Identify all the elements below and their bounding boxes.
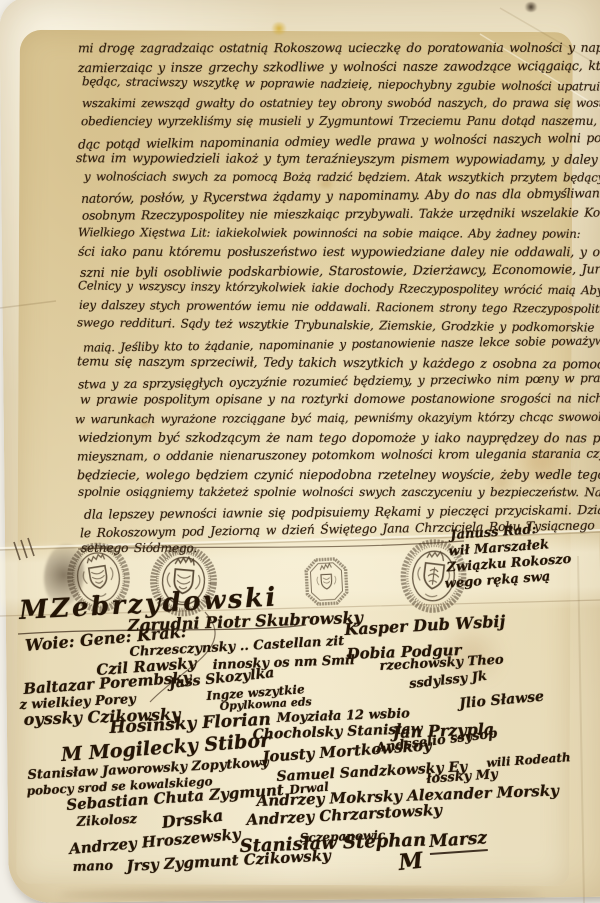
manuscript-line: ści iako panu któremu posłuszeństwo iest… (78, 244, 600, 259)
manuscript-line: mi drogę zagradzaiąc ostatnią Rokoszową … (78, 40, 600, 56)
manuscript-line: spolnie osiągniemy takżeteż spolnie woln… (78, 485, 600, 499)
signature: Zikolosz (76, 812, 137, 830)
manuscript-line: stwa im wypowiedzieli iakoż y tym teraźn… (76, 150, 600, 167)
signature: Marsz (428, 828, 487, 855)
scanned-manuscript: mi drogę zagradzaiąc ostatnią Rokoszową … (0, 0, 600, 903)
manuscript-line: Wielkiego Xięstwa Lit: iakiekolwiek powi… (78, 225, 580, 241)
manuscript-line: wszakimi zewsząd gwałty do ostatniey tey… (82, 95, 600, 109)
marshal-attestation: Januss Rad:wił MarszałekZwiązku Rokoszow… (450, 520, 573, 592)
manuscript-line: osobnym Rzeczypospolitey nie mieszkaiąc … (82, 205, 600, 222)
manuscript-line: wiedzionym być szkodzącym że nam tego do… (78, 429, 600, 445)
ink-seal-octagonal (302, 554, 352, 609)
manuscript-line: zamierzaiąc y insze grzechy szkodliwe y … (78, 57, 600, 74)
signature: mano (72, 859, 113, 875)
manuscript-line: y wolnościach swych za pomocą Bożą radzi… (84, 169, 600, 184)
manuscript-line: obedienciey wyrzekliśmy się musieli y Zy… (81, 114, 600, 128)
signature: M (397, 848, 424, 876)
manuscript-line: będziecie, wolego będziem czynić niepodo… (77, 466, 600, 481)
manuscript-line: w warunkach wyrażone rozciągane być maią… (75, 410, 600, 427)
manuscript-line: w prawie pospolitym opisane y na roztyrk… (80, 392, 600, 407)
manuscript-line: szni nie byli osobliwie podskarbiowie, S… (80, 261, 600, 280)
